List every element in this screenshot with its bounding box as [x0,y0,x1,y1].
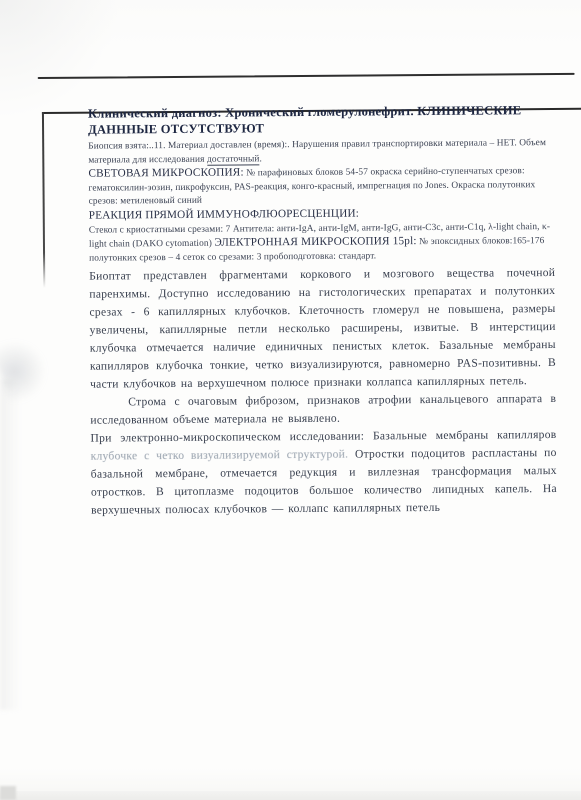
biopsy-sufficient-underlined: достаточный [207,154,260,165]
scan-edge-bottom-left-corner [0,786,16,800]
findings-paragraph-biopsy: Биоптат представлен фрагментами корковог… [89,264,556,394]
scan-edge-bottom [0,791,581,800]
clinical-diagnosis-title: Клинический диагноз: Хронический гломеру… [88,103,554,138]
tilted-scan-content: Клинический диагноз: Хронический гломеру… [0,0,581,800]
electron-findings-start: При электронно-микроскопическом исследов… [90,428,556,445]
electron-microscopy-label: ЭЛЕКТРОННАЯ МИКРОСКОПИЯ 15pl: [214,235,416,249]
light-microscopy-label: СВЕТОВАЯ МИКРОСКОПИЯ: [88,167,243,180]
electron-findings-faded-print: клубочке с четко визуализируемой структу… [91,448,349,463]
findings-paragraph-stroma: Строма с очаговым фиброзом, признаков ат… [90,390,556,430]
report-body: Клинический диагноз: Хронический гломеру… [88,103,557,520]
biopsy-info-text: Биопсия взята:..11. Материал доставлен (… [88,138,546,165]
top-horizontal-rule [38,73,575,79]
immunofluorescence-label: РЕАКЦИЯ ПРЯМОЙ ИММУНОФЛЮОРЕСЦЕНЦИИ: [89,208,359,222]
biopsy-info-period: . [259,154,262,164]
light-microscopy-line: СВЕТОВАЯ МИКРОСКОПИЯ: № парафиновых блок… [88,164,554,209]
electron-microscopy-line: Стекол с криостатными срезами: 7 Антител… [89,221,555,266]
scanned-report-sheet: Клинический диагноз: Хронический гломеру… [0,0,581,800]
findings-paragraph-electron: При электронно-микроскопическом исследов… [90,426,557,520]
header-vertical-rule [42,112,45,288]
biopsy-info-line: Биопсия взята:..11. Материал доставлен (… [88,137,554,168]
